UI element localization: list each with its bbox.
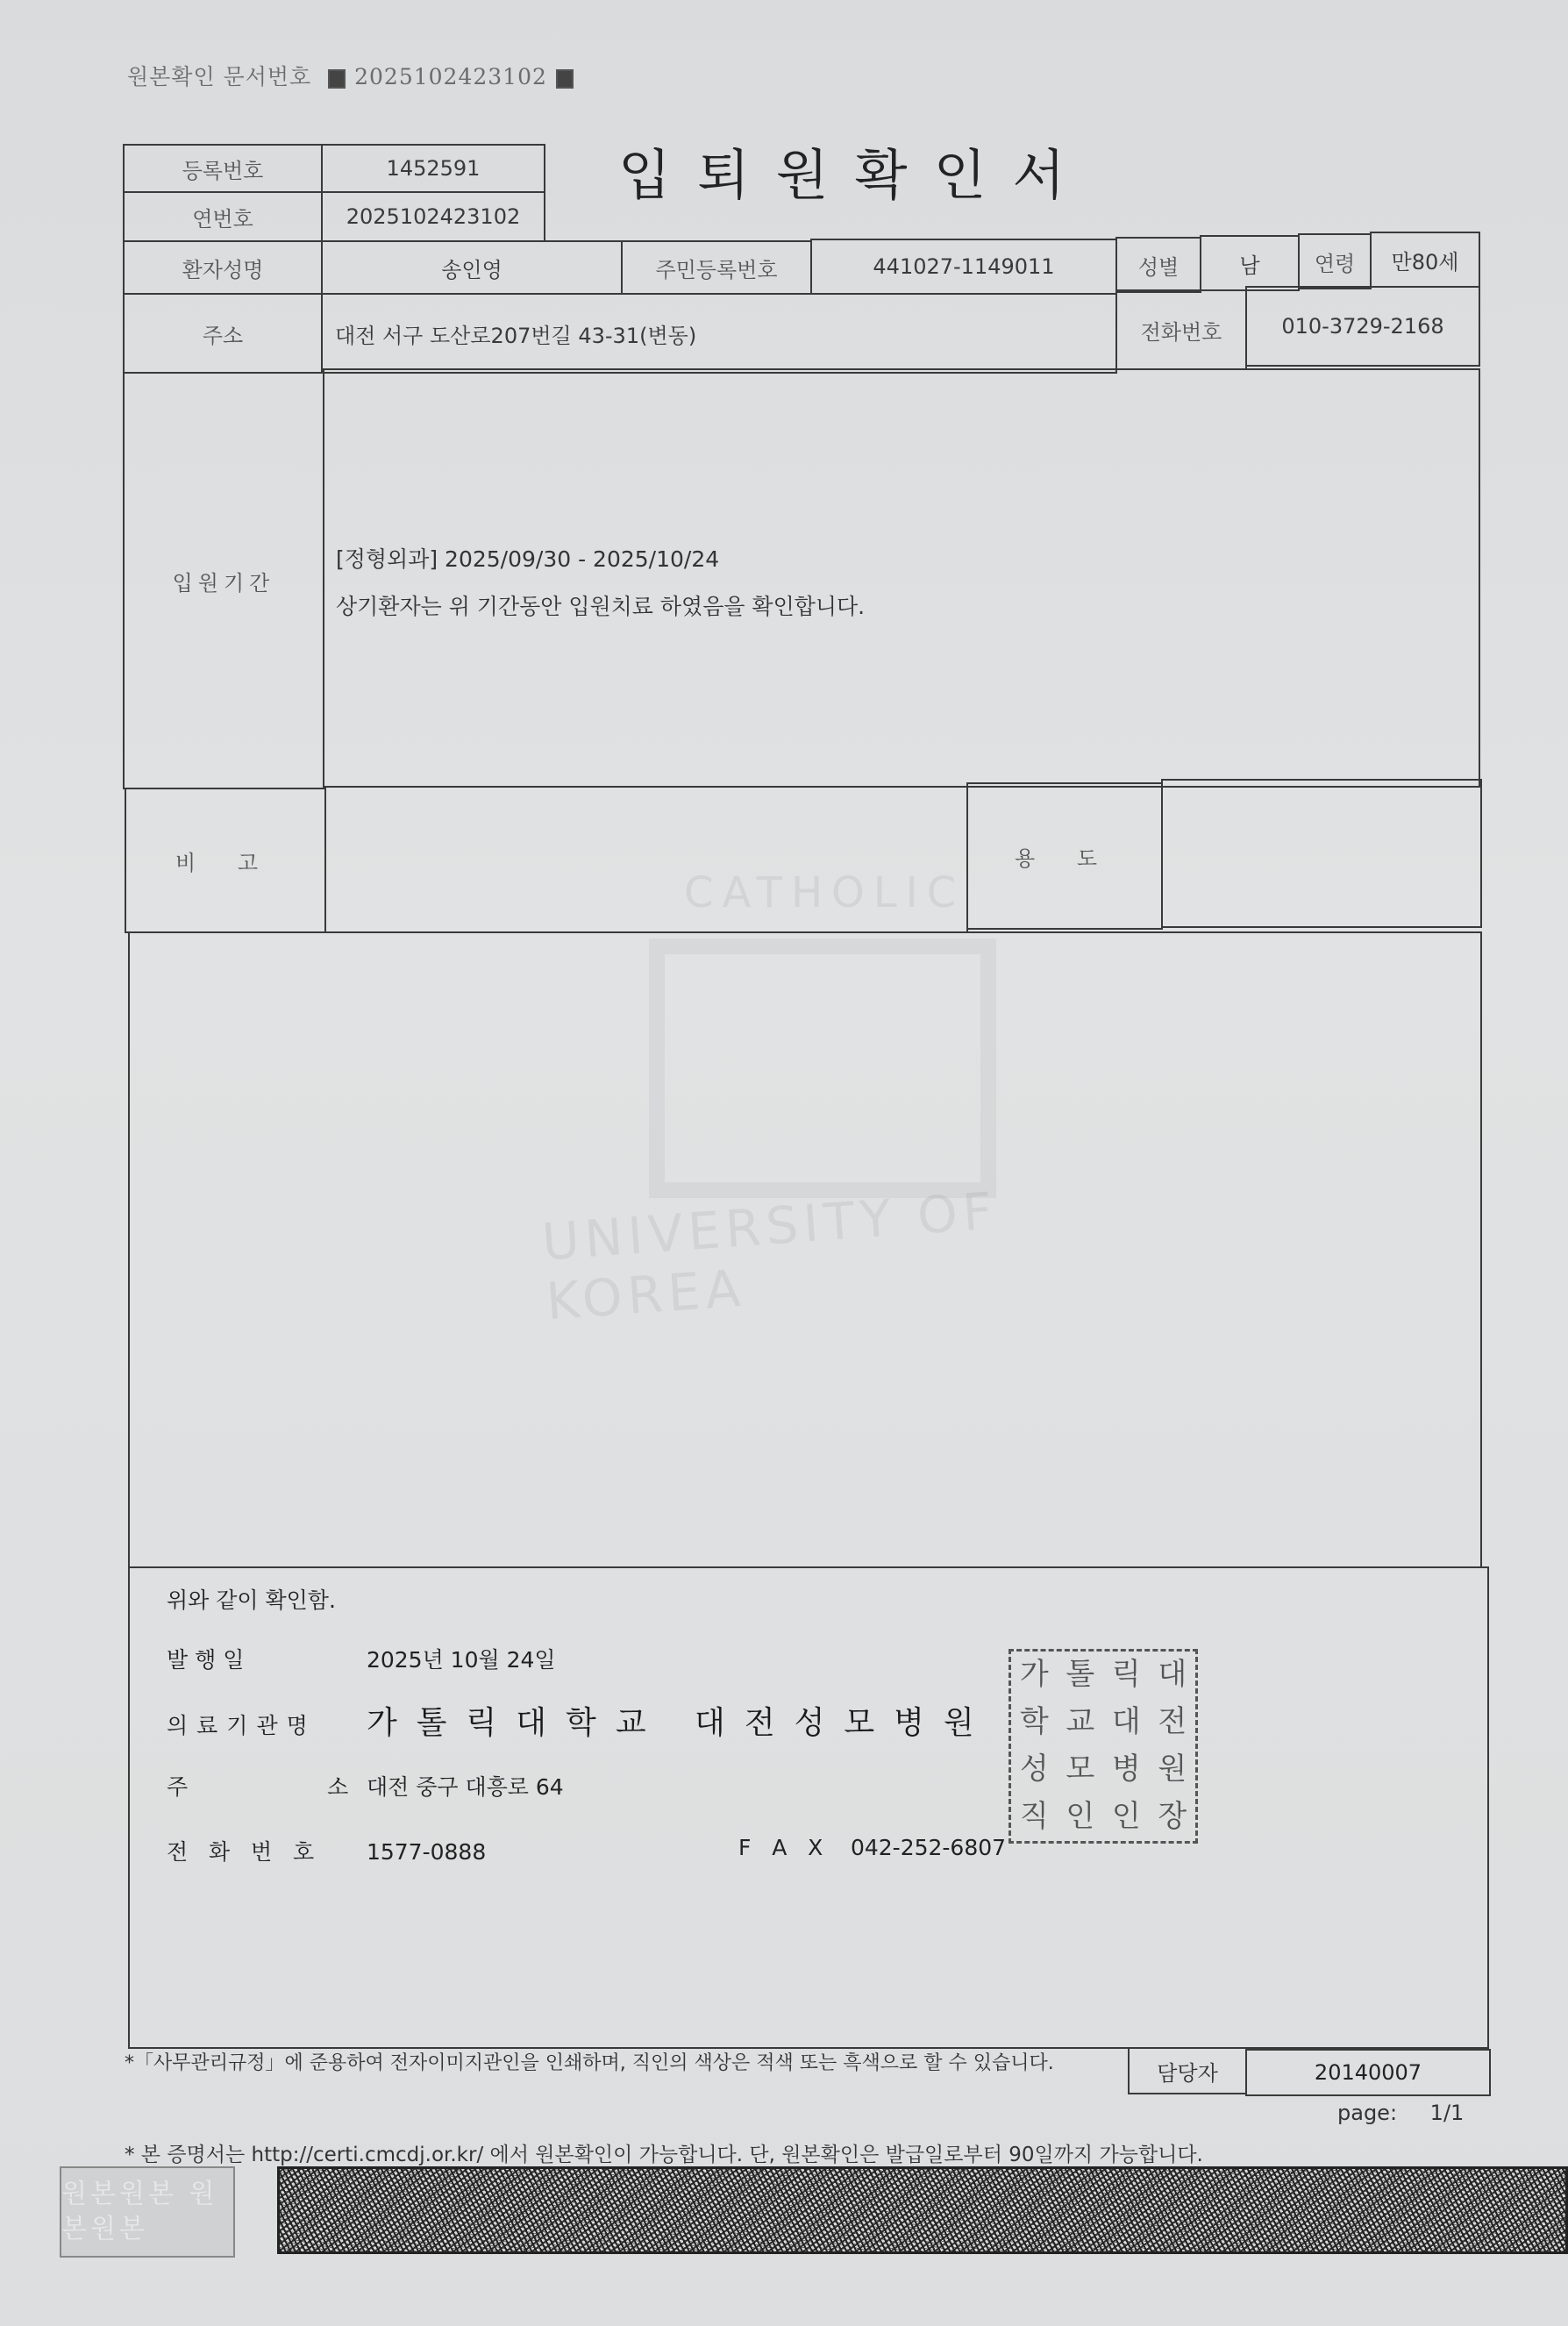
- admission-statement: 상기환자는 위 기간동안 입원치료 하였음을 확인합니다.: [336, 589, 865, 621]
- staff-id: 20140007: [1245, 2049, 1491, 2096]
- institution-fax-line: F A X 042-252-6807: [738, 1835, 1006, 1860]
- seal-glyph: 모: [1058, 1746, 1104, 1794]
- confirmation-block: [128, 1566, 1489, 2049]
- seal-glyph: 대: [1150, 1652, 1196, 1699]
- institution-line: 의료기관명 가톨릭대학교 대전성모병원: [167, 1698, 994, 1743]
- phone-value: 010-3729-2168: [1245, 286, 1480, 367]
- seal-glyph: 가: [1011, 1652, 1058, 1699]
- official-seal: 가톨릭대학교대전성모병원직인인장: [1009, 1649, 1198, 1844]
- institution-address-label: 주 소: [167, 1770, 360, 1802]
- address-value: 대전 서구 도산로207번길 43-31(변동): [321, 293, 1117, 374]
- institution-phone-line: 전 화 번 호 1577-0888: [167, 1835, 486, 1866]
- address-label: 주소: [123, 293, 323, 374]
- seal-glyph: 릭: [1103, 1652, 1150, 1699]
- institution-label: 의료기관명: [167, 1709, 360, 1740]
- rrn-value: 441027-1149011: [810, 239, 1117, 295]
- rrn-label: 주민등록번호: [621, 240, 812, 295]
- patient-name-label: 환자성명: [123, 240, 323, 295]
- institution-address-line: 주 소 대전 중구 대흥로 64: [167, 1770, 564, 1802]
- seal-glyph: 인: [1103, 1794, 1150, 1841]
- serial-no-label: 연번호: [123, 191, 323, 242]
- patient-name-value: 송인영: [321, 240, 623, 295]
- purpose-value: [1161, 779, 1482, 928]
- admission-period: [정형외과] 2025/09/30 - 2025/10/24: [336, 542, 719, 574]
- sex-value: 남: [1200, 235, 1300, 291]
- issue-date-label: 발 행 일: [167, 1643, 360, 1674]
- seal-glyph: 장: [1150, 1794, 1196, 1841]
- page-title: 입퇴원확인서: [618, 132, 1091, 210]
- seal-glyph: 원: [1150, 1746, 1196, 1794]
- seal-glyph: 전: [1150, 1699, 1196, 1746]
- blank-area: [128, 931, 1482, 1568]
- purpose-label: 용 도: [966, 782, 1163, 930]
- seal-glyph: 대: [1103, 1699, 1150, 1746]
- seal-glyph: 성: [1011, 1746, 1058, 1794]
- institution-phone: 1577-0888: [367, 1839, 486, 1865]
- footer-note-verify: * 본 증명서는 http://certi.cmcdj.or.kr/ 에서 원본…: [125, 2138, 1203, 2167]
- staff-label: 담당자: [1128, 2047, 1247, 2094]
- reg-no-value: 1452591: [321, 144, 545, 193]
- fax-label: F A X: [738, 1835, 844, 1860]
- admission-period-cell: [323, 368, 1480, 788]
- seal-glyph: 학: [1011, 1699, 1058, 1746]
- confirmation-intro: 위와 같이 확인함.: [167, 1583, 336, 1615]
- seal-glyph: 인: [1058, 1794, 1104, 1841]
- issue-date-line: 발 행 일 2025년 10월 24일: [167, 1643, 556, 1674]
- remarks-label: 비 고: [125, 788, 326, 933]
- institution-name: 가톨릭대학교 대전성모병원: [367, 1705, 994, 1741]
- page-label: page:: [1337, 2101, 1397, 2125]
- institution-phone-label: 전 화 번 호: [167, 1835, 360, 1866]
- sex-label: 성별: [1115, 237, 1201, 293]
- original-mark-box: 원본원본 원본원본: [60, 2166, 235, 2258]
- fax-value: 042-252-6807: [851, 1835, 1006, 1860]
- seal-glyph: 직: [1011, 1794, 1058, 1841]
- remarks-value: [324, 786, 968, 933]
- doc-number-label: 원본확인 문서번호: [127, 64, 311, 89]
- document-page: 원본확인 문서번호 2025102423102 입퇴원확인서 CATHOLIC …: [0, 0, 1568, 2326]
- age-label: 연령: [1298, 233, 1372, 289]
- reg-no-label: 등록번호: [123, 144, 323, 193]
- marker-icon: [556, 69, 574, 89]
- admission-period-label: 입원기간: [123, 372, 324, 789]
- footer-note-seal: *「사무관리규정」에 준용하여 전자이미지관인을 인쇄하며, 직인의 색상은 적…: [125, 2051, 1089, 2077]
- seal-glyph: 병: [1103, 1746, 1150, 1794]
- phone-label: 전화번호: [1115, 289, 1247, 370]
- marker-icon: [328, 69, 346, 89]
- security-pattern-barcode: [277, 2166, 1568, 2254]
- page-value: 1/1: [1430, 2101, 1465, 2125]
- issue-date: 2025년 10월 24일: [367, 1647, 556, 1673]
- seal-glyph: 교: [1058, 1699, 1104, 1746]
- page-indicator: page: 1/1: [1337, 2101, 1464, 2125]
- serial-no-value: 2025102423102: [321, 191, 545, 242]
- doc-number: 2025102423102: [354, 64, 547, 89]
- institution-address: 대전 중구 대흥로 64: [367, 1774, 564, 1800]
- seal-glyph: 톨: [1058, 1652, 1104, 1699]
- age-value: 만80세: [1370, 232, 1480, 288]
- document-number-line: 원본확인 문서번호 2025102423102: [127, 60, 582, 91]
